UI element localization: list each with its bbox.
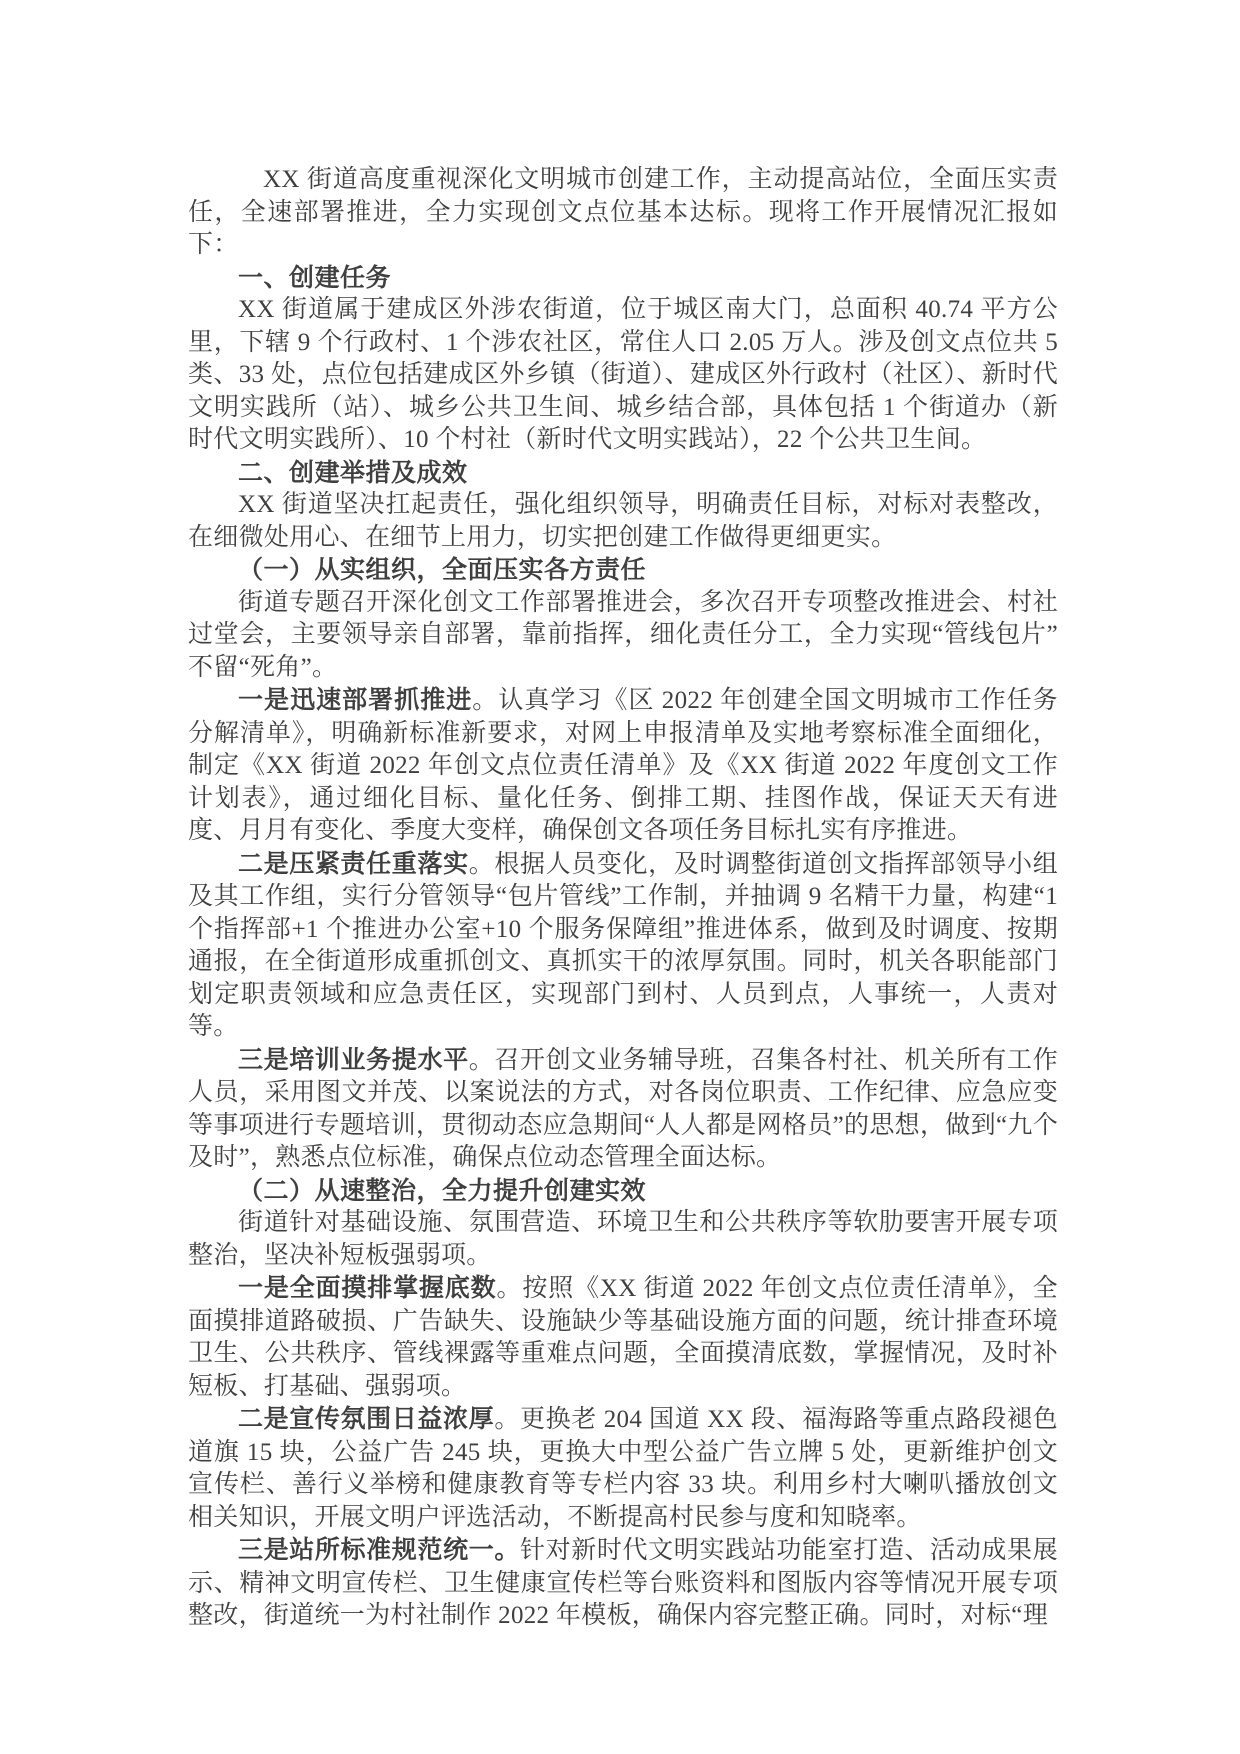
- item-lead-1: 一是迅速部署抓推进: [238, 686, 472, 714]
- item-paragraph-1: 一是迅速部署抓推进。认真学习《区 2022 年创建全国文明城市工作任务分解清单》…: [188, 684, 1058, 848]
- item-paragraph-5: 二是宣传氛围日益浓厚。更换老 204 国道 XX 段、福海路等重点路段褪色道旗 …: [188, 1403, 1058, 1534]
- subsection-heading-2-1: （一）从实组织，全面压实各方责任: [188, 554, 1058, 587]
- item-paragraph-3: 三是培训业务提水平。召开创文业务辅导班，召集各村社、机关所有工作人员，采用图文并…: [188, 1044, 1058, 1175]
- item-lead-5: 二是宣传氛围日益浓厚: [238, 1405, 494, 1433]
- item-paragraph-6: 三是站所标准规范统一。针对新时代文明实践站功能室打造、活动成果展示、精神文明宣传…: [188, 1534, 1058, 1633]
- document-page: XX 街道高度重视深化文明城市创建工作，主动提高站位，全面压实责任，全速部署推进…: [0, 0, 1240, 1754]
- subsection-2-1-intro-paragraph: 街道专题召开深化创文工作部署推进会，多次召开专项整改推进会、村社过堂会，主要领导…: [188, 587, 1058, 685]
- item-lead-6: 三是站所标准规范统一。: [238, 1536, 520, 1564]
- item-paragraph-2: 二是压紧责任重落实。根据人员变化，及时调整街道创文指挥部领导小组及其工作组，实行…: [188, 848, 1058, 1044]
- section-heading-2: 二、创建举措及成效: [188, 457, 1058, 490]
- item-lead-4: 一是全面摸排掌握底数: [238, 1274, 497, 1302]
- subsection-2-2-intro-paragraph: 街道针对基础设施、氛围营造、环境卫生和公共秩序等软肋要害开展专项整治，坚决补短板…: [188, 1207, 1058, 1272]
- item-lead-3: 三是培训业务提水平: [238, 1046, 469, 1074]
- section-1-paragraph: XX 街道属于建成区外涉农街道，位于城区南大门，总面积 40.74 平方公里，下…: [188, 294, 1058, 457]
- opening-paragraph: XX 街道高度重视深化文明城市创建工作，主动提高站位，全面压实责任，全速部署推进…: [188, 164, 1058, 262]
- section-heading-1: 一、创建任务: [188, 262, 1058, 295]
- subsection-heading-2-2: （二）从速整治，全力提升创建实效: [188, 1175, 1058, 1208]
- item-paragraph-4: 一是全面摸排掌握底数。按照《XX 街道 2022 年创文点位责任清单》，全面摸排…: [188, 1272, 1058, 1403]
- section-2-intro-paragraph: XX 街道坚决扛起责任，强化组织领导，明确责任目标，对标对表整改，在细微处用心、…: [188, 489, 1058, 554]
- item-lead-2: 二是压紧责任重落实: [238, 850, 469, 878]
- item-body-2: 。根据人员变化，及时调整街道创文指挥部领导小组及其工作组，实行分管领导“包片管线…: [188, 851, 1058, 1041]
